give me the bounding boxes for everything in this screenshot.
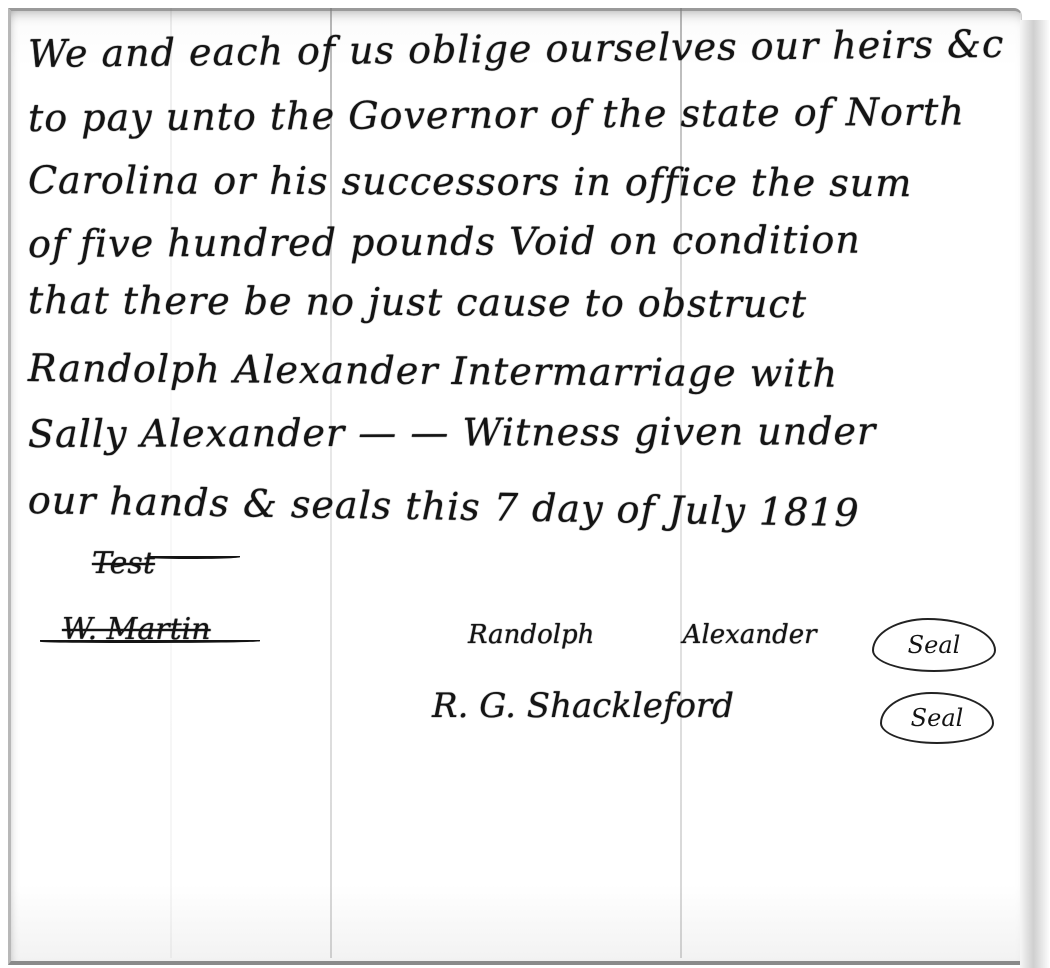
body-line-5: that there be no just cause to obstruct — [28, 278, 1018, 327]
body-line-6: Randolph Alexander Intermarriage with — [28, 346, 1018, 397]
body-line-4: of five hundred pounds Void on condition — [28, 217, 1018, 266]
body-line-3: Carolina or his successors in office the… — [28, 158, 1018, 205]
page-edge-shadow — [1020, 20, 1050, 968]
signature-randolph-alexander: Randolph Alexander — [468, 620, 817, 650]
body-line-2: to pay unto the Governor of the state of… — [28, 89, 1018, 140]
signature-shackleford: R. G. Shackleford — [432, 686, 734, 726]
attestation-label: Test — [92, 546, 155, 581]
paper-fold-line — [680, 8, 682, 958]
body-line-7: Sally Alexander — — Witness given under — [28, 409, 1018, 456]
